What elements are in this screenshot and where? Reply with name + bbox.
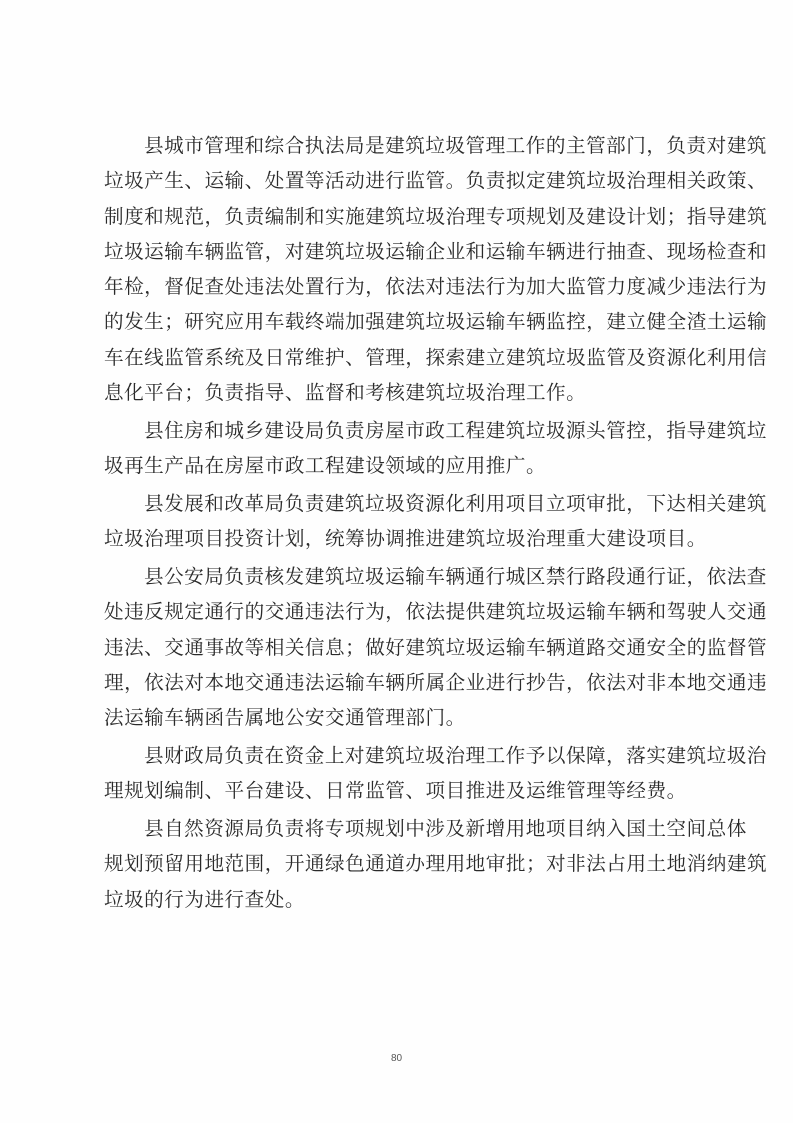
text-line: 垃圾的行为进行查处。 — [104, 882, 696, 917]
body-text: 县城市管理和综合执法局是建筑垃圾管理工作的主管部门，负责对建筑 垃圾产生、运输、… — [104, 128, 696, 920]
paragraph-natural-resources-bureau: 县自然资源局负责将专项规划中涉及新增用地项目纳入国土空间总体 规划预留用地范围，… — [104, 811, 696, 917]
text-line: 年检，督促查处违法处置行为，依法对违法行为加大监管力度减少违法行为 — [104, 269, 696, 304]
text-line: 车在线监管系统及日常维护、管理，探索建立建筑垃圾监管及资源化利用信 — [104, 340, 696, 375]
text-line: 的发生；研究应用车载终端加强建筑垃圾运输车辆监控，建立健全渣土运输 — [104, 304, 696, 339]
text-line: 处违反规定通行的交通违法行为，依法提供建筑垃圾运输车辆和驾驶人交通 — [104, 594, 696, 629]
text-line: 违法、交通事故等相关信息；做好建筑垃圾运输车辆道路交通安全的监督管 — [104, 630, 696, 665]
text-line: 县发展和改革局负责建筑垃圾资源化利用项目立项审批，下达相关建筑 — [104, 486, 696, 521]
text-line: 垃圾产生、运输、处置等活动进行监管。负责拟定建筑垃圾治理相关政策、 — [104, 163, 696, 198]
paragraph-finance-bureau: 县财政局负责在资金上对建筑垃圾治理工作予以保障，落实建筑垃圾治 理规划编制、平台… — [104, 738, 696, 809]
page-number: 80 — [0, 1053, 793, 1064]
paragraph-development-reform-bureau: 县发展和改革局负责建筑垃圾资源化利用项目立项审批，下达相关建筑 垃圾治理项目投资… — [104, 486, 696, 557]
paragraph-housing-construction-bureau: 县住房和城乡建设局负责房屋市政工程建筑垃圾源头管控，指导建筑垃 圾再生产品在房屋… — [104, 413, 696, 484]
text-line: 息化平台；负责指导、监督和考核建筑垃圾治理工作。 — [104, 375, 696, 410]
text-line: 规划预留用地范围，开通绿色通道办理用地审批；对非法占用土地消纳建筑 — [104, 846, 696, 881]
text-line: 理，依法对本地交通违法运输车辆所属企业进行抄告，依法对非本地交通违 — [104, 665, 696, 700]
paragraph-urban-management-bureau: 县城市管理和综合执法局是建筑垃圾管理工作的主管部门，负责对建筑 垃圾产生、运输、… — [104, 128, 696, 410]
text-line: 法运输车辆函告属地公安交通管理部门。 — [104, 700, 696, 735]
text-line: 县公安局负责核发建筑垃圾运输车辆通行城区禁行路段通行证，依法查 — [104, 559, 696, 594]
text-line: 县城市管理和综合执法局是建筑垃圾管理工作的主管部门，负责对建筑 — [104, 128, 696, 163]
text-line: 垃圾治理项目投资计划，统筹协调推进建筑垃圾治理重大建设项目。 — [104, 521, 696, 556]
text-line: 垃圾运输车辆监管，对建筑垃圾运输企业和运输车辆进行抽查、现场检查和 — [104, 234, 696, 269]
text-line: 县自然资源局负责将专项规划中涉及新增用地项目纳入国土空间总体 — [104, 811, 696, 846]
text-line: 县财政局负责在资金上对建筑垃圾治理工作予以保障，落实建筑垃圾治 — [104, 738, 696, 773]
text-line: 县住房和城乡建设局负责房屋市政工程建筑垃圾源头管控，指导建筑垃 — [104, 413, 696, 448]
text-line: 制度和规范，负责编制和实施建筑垃圾治理专项规划及建设计划；指导建筑 — [104, 199, 696, 234]
text-line: 圾再生产品在房屋市政工程建设领域的应用推广。 — [104, 448, 696, 483]
document-page: 县城市管理和综合执法局是建筑垃圾管理工作的主管部门，负责对建筑 垃圾产生、运输、… — [0, 0, 793, 1123]
paragraph-public-security-bureau: 县公安局负责核发建筑垃圾运输车辆通行城区禁行路段通行证，依法查 处违反规定通行的… — [104, 559, 696, 735]
text-line: 理规划编制、平台建设、日常监管、项目推进及运维管理等经费。 — [104, 773, 696, 808]
